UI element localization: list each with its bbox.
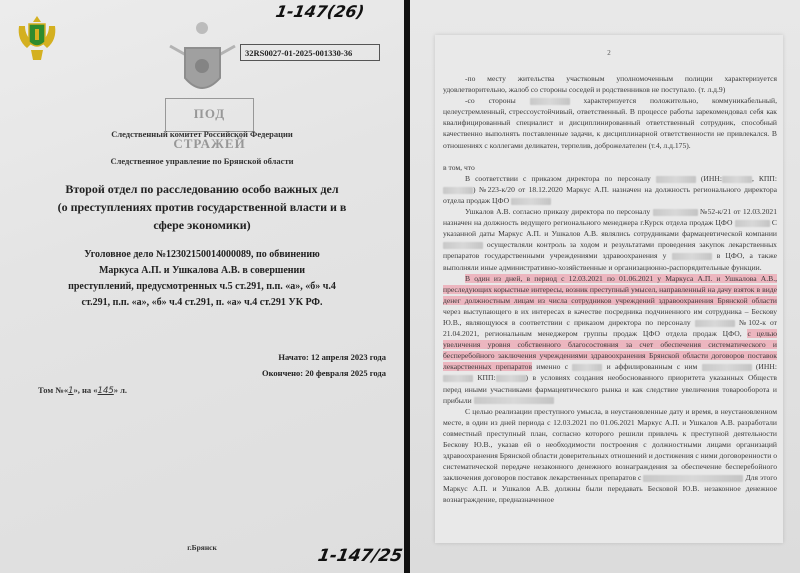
redacted-text (443, 242, 483, 249)
custody-stamp: ПОД СТРАЖЕЙ (165, 98, 254, 132)
paragraph: -со стороны характеризуется положительно… (443, 95, 777, 150)
paragraph: Ушкалов А.В. согласно приказу директора … (443, 206, 777, 273)
organization-name: Следственный комитет Российской Федераци… (0, 129, 404, 139)
document-sheet: 2 -по месту жительства участковым уполно… (435, 35, 783, 543)
started-date: Начато: 12 апреля 2023 года (262, 349, 386, 365)
document-body: -по месту жительства участковым уполномо… (443, 73, 777, 506)
case-id-box: 32RS0027-01-2025-001330-36 (240, 44, 380, 61)
investigative-committee-crest-icon (165, 18, 240, 103)
right-page-text: 2 -по месту жительства участковым уполно… (410, 0, 800, 573)
redacted-text (695, 320, 735, 327)
case-description: Уголовное дело №12302150014000089, по об… (12, 247, 392, 311)
prosecutor-emblem-icon (15, 12, 59, 64)
paragraph: -по месту жительства участковым уполномо… (443, 73, 777, 95)
redacted-text (572, 364, 602, 371)
handwritten-case-number-bottom: 1-147/25 (316, 546, 404, 566)
highlighted-text: В один из дней, в период с 12.03.2021 по… (443, 274, 777, 305)
paragraph: в том, что (443, 162, 777, 173)
redacted-text (735, 220, 770, 227)
redacted-text (511, 198, 551, 205)
volume-pages: 145 (98, 386, 114, 396)
redacted-text (496, 375, 526, 382)
redacted-text (656, 176, 696, 183)
volume-info: Том №«1», на «145» л. (38, 385, 127, 396)
redacted-text (672, 253, 712, 260)
paragraph: В соответствии с приказом директора по п… (443, 173, 777, 206)
redacted-text (643, 475, 743, 482)
sub-organization-name: Следственное управление по Брянской обла… (0, 156, 404, 166)
redacted-text (474, 397, 554, 404)
redacted-text (702, 364, 752, 371)
left-page-cover: 1-147(26) ПОД СТРАЖЕЙ 32RS0027-01-2025-0… (0, 0, 404, 573)
paragraph: В один из дней, в период с 12.03.2021 по… (443, 273, 777, 406)
page-number: 2 (435, 49, 783, 57)
redacted-text (722, 176, 752, 183)
finished-date: Окончено: 20 февраля 2025 года (262, 365, 386, 381)
redacted-text (530, 98, 570, 105)
paragraph: С целью реализации преступного умысла, в… (443, 406, 777, 506)
redacted-text (443, 187, 473, 194)
redacted-text (653, 209, 698, 216)
department-title: Второй отдел по расследованию особо важн… (0, 180, 404, 234)
case-dates: Начато: 12 апреля 2023 года Окончено: 20… (262, 349, 386, 381)
redacted-text (443, 375, 473, 382)
handwritten-case-number-top: 1-147(26) (274, 2, 365, 21)
